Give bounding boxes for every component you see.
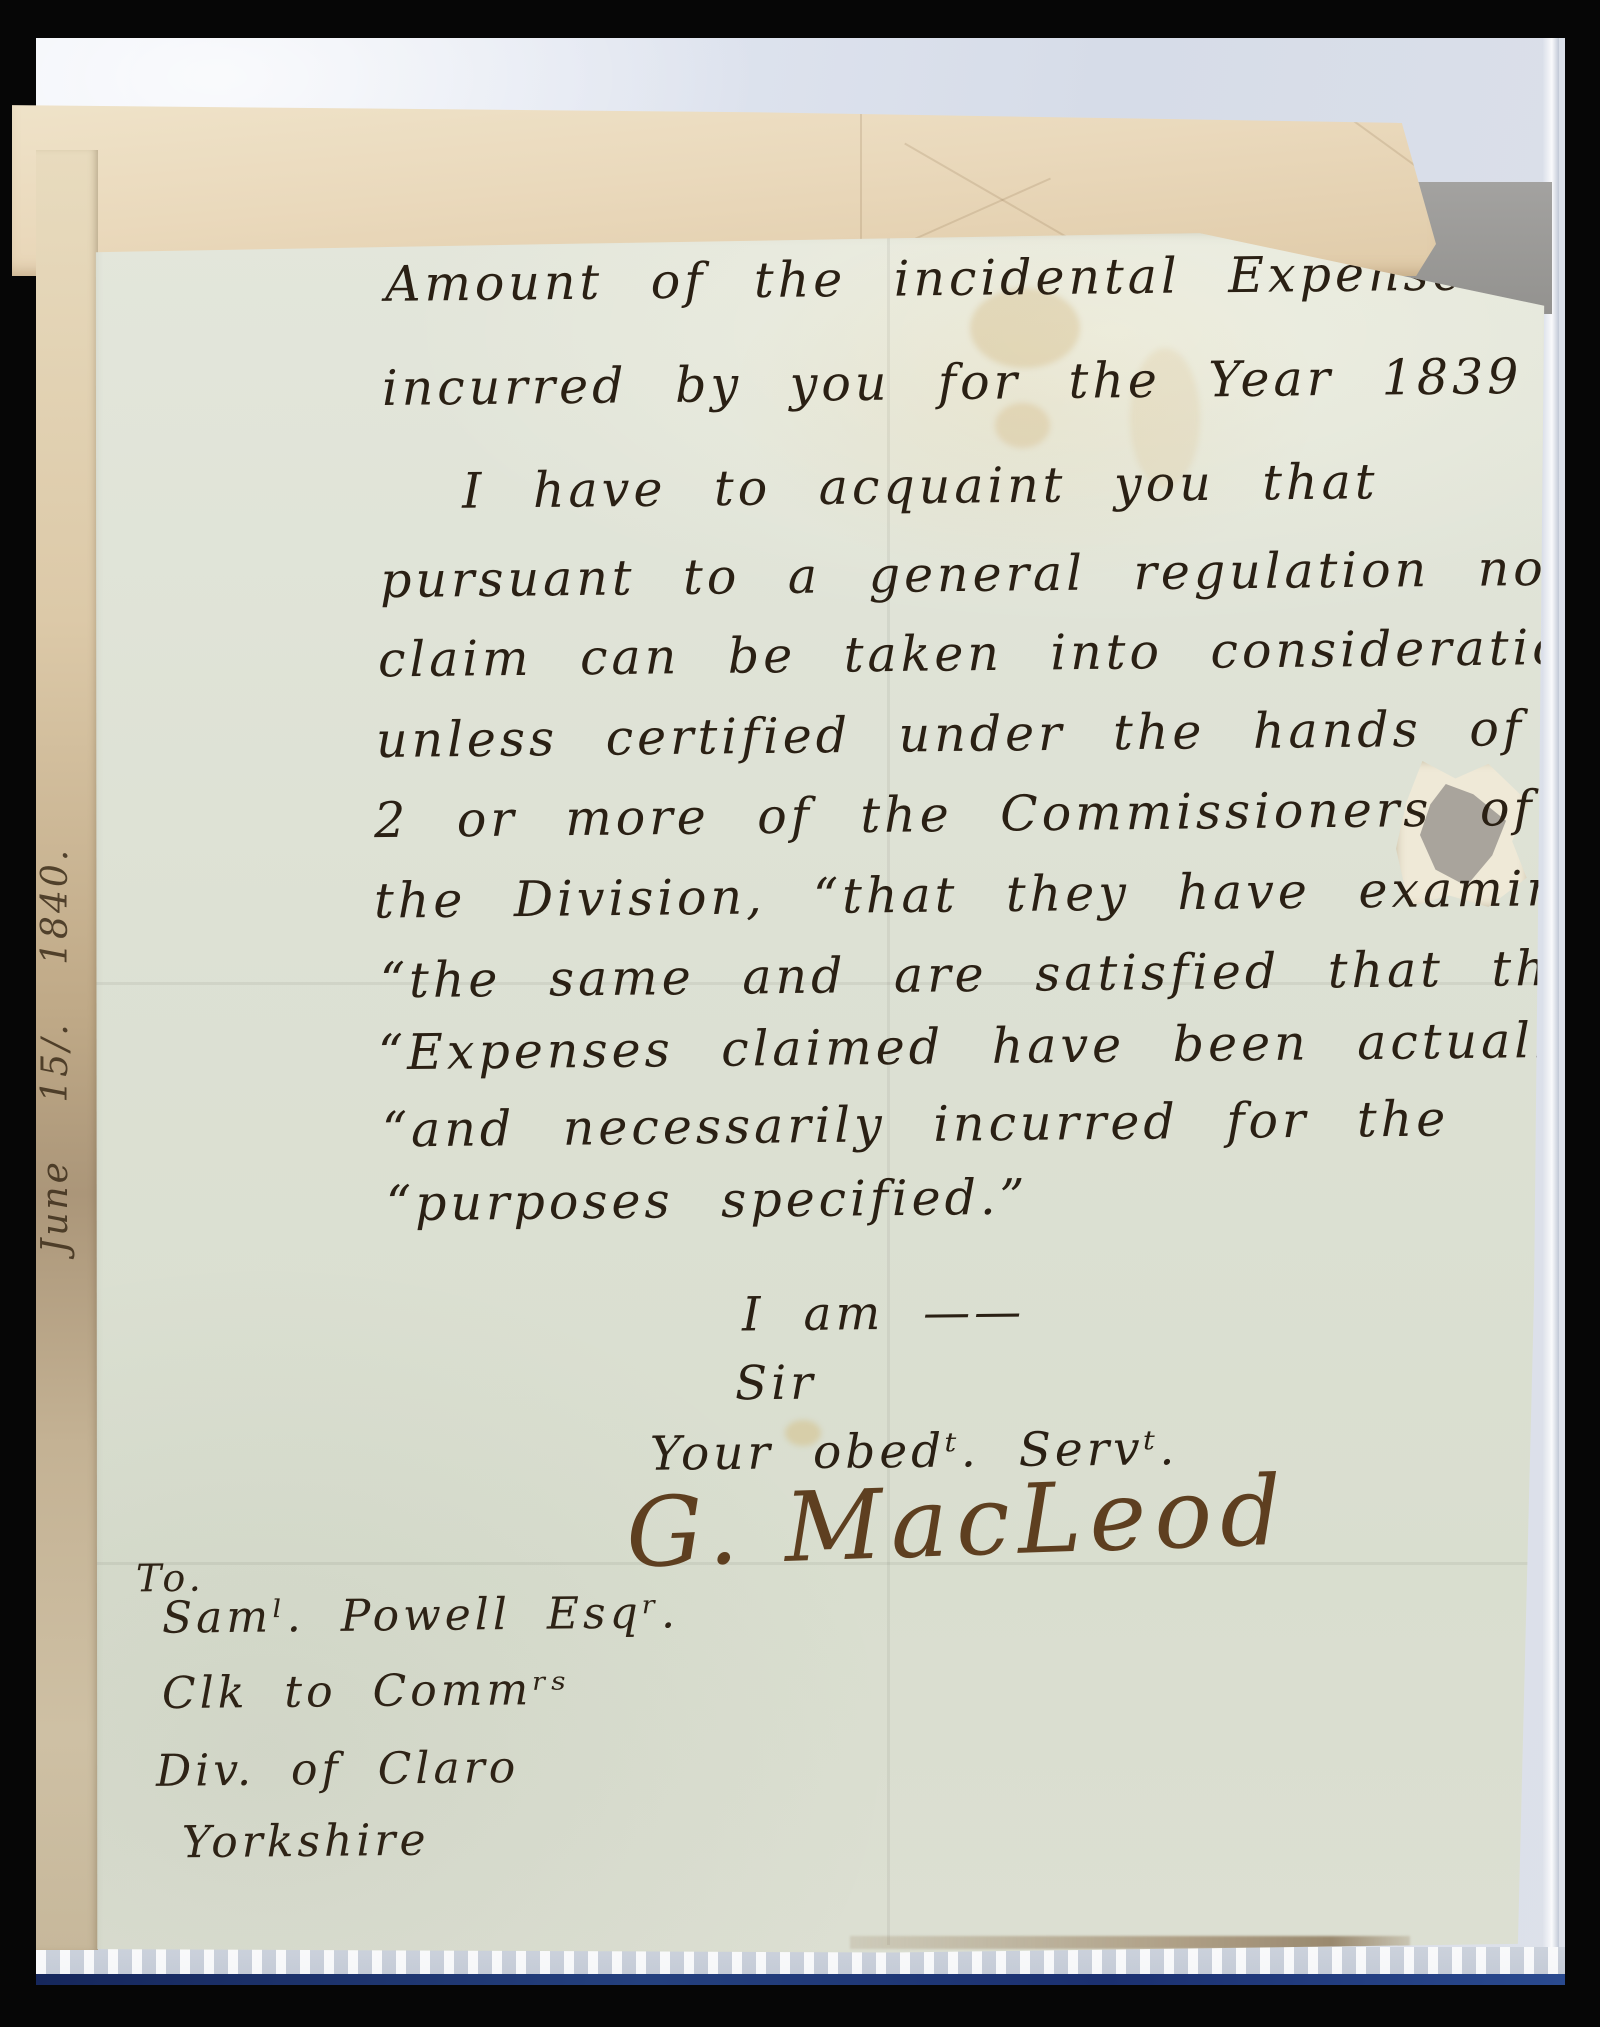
letter-line: 2 or more of the Commissioners of	[374, 780, 1536, 849]
address-county: Yorkshire	[182, 1815, 430, 1869]
docket-date-rotated: June 15/. 1840.	[35, 820, 99, 1280]
letter-line: pursuant to a general regulation no	[380, 540, 1547, 609]
signature-g-macleod: G. MacLeod	[624, 1454, 1291, 1589]
photo-frame: June 15/. 1840. Amount of the incidental…	[0, 0, 1600, 2027]
address-recipient: Samˡ. Powell Esqʳ.	[162, 1587, 680, 1643]
letter-line: unless certified under the hands of	[376, 700, 1526, 769]
letter-line: “Expenses claimed have been actually	[378, 1012, 1586, 1082]
letter-line: “the same and are satisfied that the	[380, 940, 1584, 1010]
letter-line: I have to acquaint you that	[462, 453, 1379, 520]
letter-line: claim can be taken into consideration	[378, 619, 1600, 689]
letter-line: “and necessarily incurred for the	[382, 1090, 1450, 1158]
letter-page: Amount of the incidental Expenses. incur…	[90, 228, 1550, 1956]
sleeve-edge-highlight	[1543, 38, 1559, 1985]
letter-line: “purposes specified.”	[386, 1169, 1029, 1233]
letter-line: incurred by you for the Year 1839	[382, 348, 1523, 417]
paper-crease	[904, 143, 1070, 240]
binder-navy-line	[36, 1974, 1565, 1985]
closing-i-am: I am ——	[742, 1285, 1026, 1343]
letter-line: the Division, “that they have examined	[374, 859, 1600, 929]
address-division: Div. of Claro	[156, 1742, 520, 1797]
closing-sir: Sir	[735, 1356, 817, 1412]
address-role: Clk to Commʳˢ	[162, 1664, 571, 1719]
